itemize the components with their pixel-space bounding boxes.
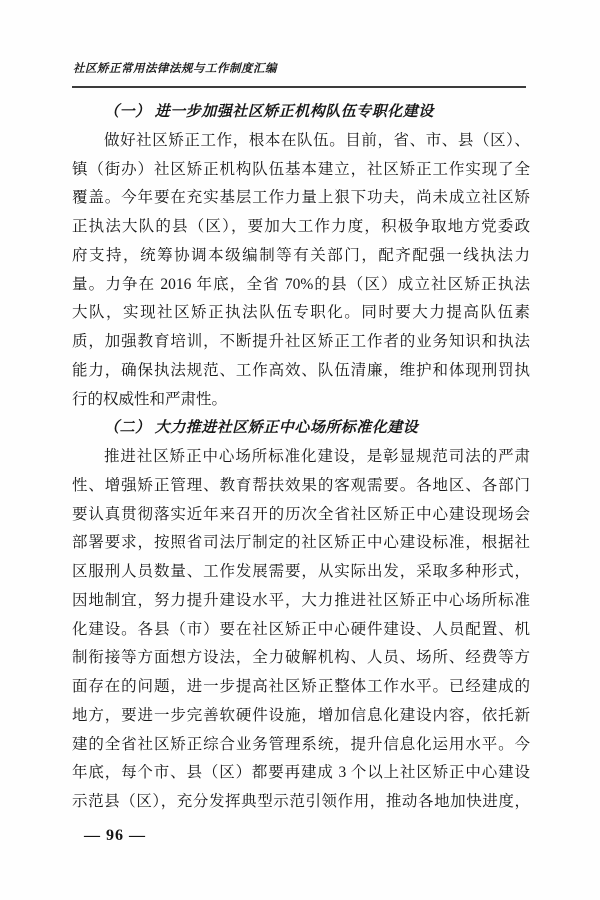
running-header: 社区矫正常用法律法规与工作制度汇编 <box>73 60 529 76</box>
text-line: 做好社区矫正工作，根本在队伍。目前，省、市、县（区）、 <box>72 127 530 156</box>
text-line: 性、增强矫正管理、教育帮扶效果的客观需要。各地区、各部门 <box>72 472 530 501</box>
section-2: （二） 大力推进社区矫正中心场所标准化建设 推进社区矫正中心场所标准化建设，是彰… <box>72 414 530 817</box>
text-line: 镇（街办）社区矫正机构队伍基本建立，社区矫正工作实现了全 <box>72 156 530 185</box>
text-line: 化建设。各县（市）要在社区矫正中心硬件建设、人员配置、机 <box>72 616 530 645</box>
text-line: 质，加强教育培训，不断提升社区矫正工作者的业务知识和执法 <box>72 328 530 357</box>
document-page: 社区矫正常用法律法规与工作制度汇编 （一） 进一步加强社区矫正机构队伍专职化建设… <box>0 0 600 900</box>
text-line: 正执法大队的县（区），要加大工作力度，积极争取地方党委政 <box>72 213 530 242</box>
text-line: 因地制宜，努力提升建设水平，大力推进社区矫正中心场所标准 <box>72 587 530 616</box>
section-2-paragraph: 推进社区矫正中心场所标准化建设，是彰显规范司法的严肃性、增强矫正管理、教育帮扶效… <box>72 443 530 817</box>
text-line: 行的权威性和严肃性。 <box>72 386 530 415</box>
text-line: 部署要求，按照省司法厅制定的社区矫正中心建设标准，根据社 <box>72 529 530 558</box>
page-number: — 96 — <box>84 822 146 850</box>
text-line: 区服刑人员数量、工作发展需要，从实际出发，采取多种形式， <box>72 558 530 587</box>
text-line: 覆盖。今年要在充实基层工作力量上狠下功夫，尚未成立社区矫 <box>72 184 530 213</box>
text-line: 制衔接等方面想方设法，全力破解机构、人员、场所、经费等方 <box>72 644 530 673</box>
text-line: 建的全省社区矫正综合业务管理系统，提升信息化运用水平。今 <box>72 731 530 760</box>
section-1-paragraph: 做好社区矫正工作，根本在队伍。目前，省、市、县（区）、镇（街办）社区矫正机构队伍… <box>72 127 530 415</box>
text-line: 要认真贯彻落实近年来召开的历次全省社区矫正中心建设现场会 <box>72 501 530 530</box>
text-line: 面存在的问题，进一步提高社区矫正整体工作水平。已经建成的 <box>72 673 530 702</box>
section-1: （一） 进一步加强社区矫正机构队伍专职化建设 做好社区矫正工作，根本在队伍。目前… <box>72 98 530 414</box>
text-line: 地方，要进一步完善软硬件设施，增加信息化建设内容，依托新 <box>72 702 530 731</box>
text-line: 推进社区矫正中心场所标准化建设，是彰显规范司法的严肃 <box>72 443 530 472</box>
text-line: 能力，确保执法规范、工作高效、队伍清廉，维护和体现刑罚执 <box>72 357 530 386</box>
section-2-heading: （二） 大力推进社区矫正中心场所标准化建设 <box>72 414 530 443</box>
text-line: 量。力争在 2016 年底，全省 70%的县（区）成立社区矫正执法 <box>72 271 530 300</box>
text-line: 府支持，统筹协调本级编制等有关部门，配齐配强一线执法力 <box>72 242 530 271</box>
header-rule <box>72 86 526 88</box>
text-line: 大队，实现社区矫正执法队伍专职化。同时要大力提高队伍素 <box>72 299 530 328</box>
section-1-heading: （一） 进一步加强社区矫正机构队伍专职化建设 <box>72 98 530 127</box>
text-line: 示范县（区），充分发挥典型示范引领作用，推动各地加快进度， <box>72 788 530 817</box>
text-line: 年底，每个市、县（区）都要再建成 3 个以上社区矫正中心建设 <box>72 759 530 788</box>
page-content: （一） 进一步加强社区矫正机构队伍专职化建设 做好社区矫正工作，根本在队伍。目前… <box>72 98 530 817</box>
